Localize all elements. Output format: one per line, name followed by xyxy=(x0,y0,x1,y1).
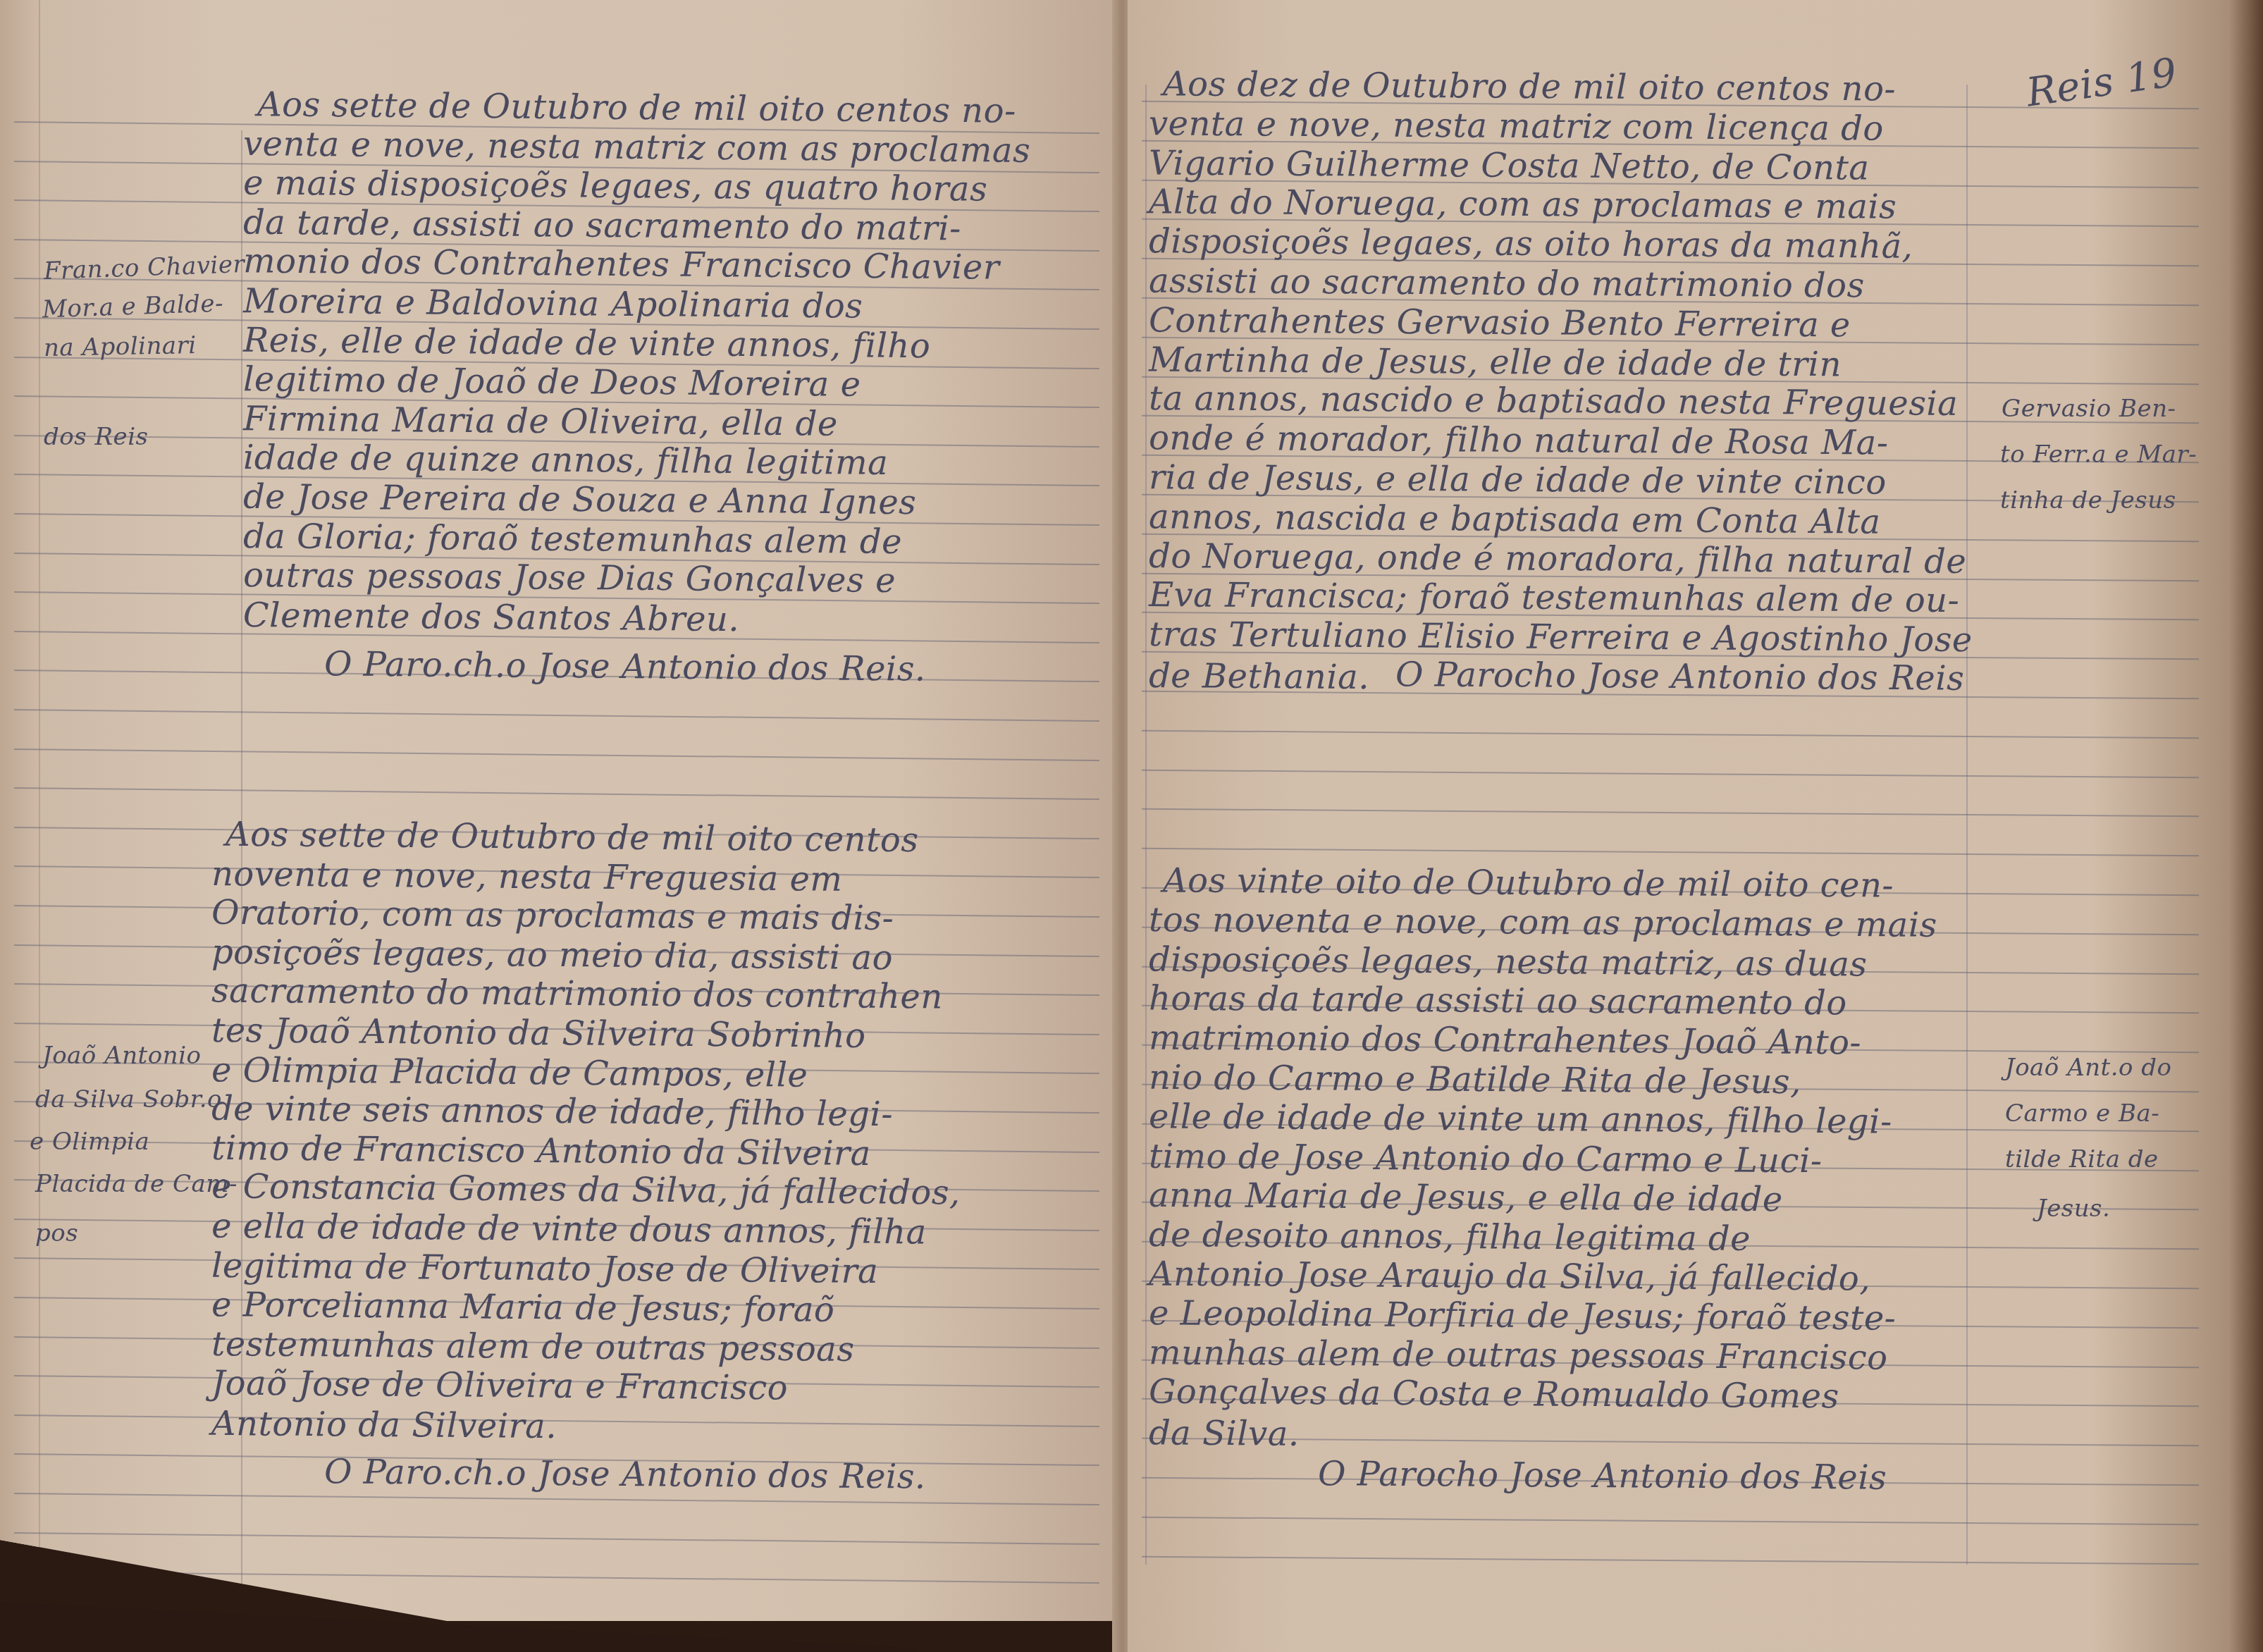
entry-line: timo de Francisco Antonio da Silveira xyxy=(211,1128,871,1173)
entry-line: ria de Jesus, e ella de idade de vinte c… xyxy=(1149,457,1887,502)
entry-line: annos, nascida e baptisada em Conta Alta xyxy=(1149,497,1881,541)
entry-line: noventa e nove, nesta Freguesia em xyxy=(211,854,843,899)
priest-signature: O Parocho Jose Antonio dos Reis xyxy=(1318,1454,1887,1498)
entry-line: Reis, elle de idade de vinte annos, filh… xyxy=(243,320,931,366)
margin-text: da Silva Sobr.o xyxy=(35,1085,222,1114)
entry-line: Vigario Guilherme Costa Netto, de Conta xyxy=(1149,143,1870,187)
entry-line: onde é morador, filho natural de Rosa Ma… xyxy=(1149,419,1889,463)
entry-line: assisti ao sacramento do matrimonio dos xyxy=(1149,261,1865,305)
entry-line: de Bethania. xyxy=(1149,656,1369,697)
previous-page-edge xyxy=(0,0,40,1621)
margin-text: tilde Rita de xyxy=(2005,1145,2159,1173)
entry-line: da Silva. xyxy=(1149,1413,1300,1453)
right-page: Reis 19 Gervasio Ben- to Ferr.a e Mar- t… xyxy=(1128,0,2263,1652)
entry-line: anna Maria de Jesus, e ella de idade xyxy=(1149,1176,1783,1219)
entry-line: matrimonio dos Contrahentes Joaõ Anto- xyxy=(1149,1018,1862,1063)
inner-margin-rule xyxy=(1145,85,1147,1565)
ruled-line xyxy=(1142,730,2199,739)
margin-text: e Olimpia xyxy=(30,1128,149,1156)
priest-signature: O Paro.ch.o Jose Antonio dos Reis. xyxy=(324,644,926,689)
entry-line: e mais disposiçoẽs legaes, as quatro hor… xyxy=(243,164,988,209)
ruled-line xyxy=(1142,769,2199,777)
margin-text: Joaõ Ant.o do xyxy=(2005,1054,2172,1082)
entry-line: monio dos Contrahentes Francisco Chavier xyxy=(243,242,1000,288)
entry-line: legitimo de Joaõ de Deos Moreira e xyxy=(243,359,861,405)
entry-line: Martinha de Jesus, elle de idade de trin xyxy=(1149,340,1842,384)
ruled-line xyxy=(14,787,1099,800)
entry-line: idade de quinze annos, filha legitima xyxy=(243,438,889,483)
entry-line: de Jose Pereira de Souza e Anna Ignes xyxy=(243,477,917,522)
entry-line: Aos sette de Outubro de mil oito centos xyxy=(226,815,919,861)
entry-line: Alta do Noruega, com as proclamas e mais xyxy=(1149,183,1897,227)
entry-line: Joaõ Jose de Oliveira e Francisco xyxy=(211,1364,789,1408)
entry-line: e ella de idade de vinte dous annos, fil… xyxy=(211,1207,927,1252)
entry-line: timo de Jose Antonio do Carmo e Luci- xyxy=(1149,1136,1823,1181)
entry-line: horas da tarde assisti ao sacramento do xyxy=(1149,979,1847,1023)
entry-line: ta annos, nascido e baptisado nesta Freg… xyxy=(1149,378,1959,424)
entry-line: Eva Francisca; foraõ testemunhas alem de… xyxy=(1149,575,1960,620)
ruled-line xyxy=(1142,1555,2199,1564)
entry-line: Aos vinte oito de Outubro de mil oito ce… xyxy=(1163,861,1894,905)
ruled-line xyxy=(14,748,1099,761)
entry-line: e Leopoldina Porfiria de Jesus; foraõ te… xyxy=(1149,1293,1897,1338)
ruled-line xyxy=(1142,848,2199,856)
entry-line: posiçoẽs legaes, ao meio dia, assisti ao xyxy=(211,932,893,978)
margin-text: Gervasio Ben- xyxy=(2002,395,2176,423)
entry-line: nio do Carmo e Batilde Rita de Jesus, xyxy=(1149,1058,1801,1102)
entry-line: Contrahentes Gervasio Bento Ferreira e xyxy=(1149,300,1851,345)
entry-line: Gonçalves da Costa e Romualdo Gomes xyxy=(1149,1372,1839,1417)
entry-line: tras Tertuliano Elisio Ferreira e Agosti… xyxy=(1149,615,1973,660)
ruled-line xyxy=(14,709,1099,722)
margin-text: pos xyxy=(35,1219,78,1247)
margin-text: na Apolinari xyxy=(44,331,197,362)
left-page: Fran.co Chavier Mor.a e Balde- na Apolin… xyxy=(0,0,1117,1621)
entry-line: Moreira e Baldovina Apolinaria dos xyxy=(243,281,863,326)
ruled-line xyxy=(1142,808,2199,817)
margin-rule xyxy=(1966,85,1968,1565)
ruled-line xyxy=(1142,1438,2199,1446)
priest-signature: O Paro.ch.o Jose Antonio dos Reis. xyxy=(324,1452,926,1496)
entry-line: venta e nove, nesta matriz com licença d… xyxy=(1149,104,1884,148)
margin-text: Placida de Cam- xyxy=(35,1170,238,1198)
entry-line: do Noruega, onde é moradora, filha natur… xyxy=(1149,536,1967,581)
entry-line: Aos dez de Outubro de mil oito centos no… xyxy=(1163,64,1897,109)
entry-line: outras pessoas Jose Dias Gonçalves e xyxy=(243,555,896,600)
entry-line: disposiçoẽs legaes, nesta matriz, as dua… xyxy=(1149,939,1868,984)
entry-line: Firmina Maria de Oliveira, ella de xyxy=(243,399,838,443)
entry-line: tos noventa e nove, com as proclamas e m… xyxy=(1149,900,1937,945)
entry-line: e Olimpia Placida de Campos, elle xyxy=(211,1050,808,1095)
ruled-line xyxy=(14,1571,1099,1584)
entry-line: Antonio da Silveira. xyxy=(211,1404,557,1446)
margin-text: to Ferr.a e Mar- xyxy=(2000,440,2197,469)
margin-text: tinha de Jesus xyxy=(2000,486,2176,514)
entry-line: tes Joaõ Antonio da Silveira Sobrinho xyxy=(211,1011,866,1056)
entry-line: de desoito annos, filha legitima de xyxy=(1149,1215,1751,1259)
register-book: Fran.co Chavier Mor.a e Balde- na Apolin… xyxy=(0,0,2263,1652)
entry-line: Antonio Jose Araujo da Silva, já falleci… xyxy=(1149,1254,1870,1298)
entry-line: venta e nove, nesta matriz com as procla… xyxy=(243,124,1031,171)
entry-line: de vinte seis annos de idade, filho legi… xyxy=(211,1089,894,1134)
entry-line: da Gloria; foraõ testemunhas alem de xyxy=(243,517,902,562)
entry-line: e Porcelianna Maria de Jesus; foraõ xyxy=(211,1285,835,1330)
ruled-line xyxy=(14,1493,1099,1505)
entry-line: Oratorio, com as proclamas e mais dis- xyxy=(211,893,894,938)
entry-line: e Constancia Gomes da Silva, já fallecid… xyxy=(211,1167,961,1213)
entry-line: Clemente dos Santos Abreu. xyxy=(243,596,740,639)
margin-text: Jesus. xyxy=(2037,1195,2110,1223)
folio-number: Reis 19 xyxy=(2024,49,2180,116)
margin-text: dos Reis xyxy=(44,423,149,451)
priest-signature: O Parocho Jose Antonio dos Reis xyxy=(1395,655,1965,698)
ruled-line xyxy=(1142,1517,2199,1525)
entry-line: da tarde, assisti ao sacramento do matri… xyxy=(243,202,961,248)
entry-line: munhas alem de outras pessoas Francisco xyxy=(1149,1333,1888,1377)
margin-text: Carmo e Ba- xyxy=(2005,1099,2159,1128)
entry-line: legitima de Fortunato Jose de Oliveira xyxy=(211,1245,879,1290)
margin-text: Joaõ Antonio xyxy=(42,1042,201,1070)
ruled-line xyxy=(14,1532,1099,1545)
entry-line: Aos sette de Outubro de mil oito centos … xyxy=(257,85,1016,130)
entry-line: testemunhas alem de outras pessoas xyxy=(211,1324,855,1369)
entry-line: sacramento do matrimonio dos contrahen xyxy=(211,971,943,1017)
entry-line: elle de idade de vinte um annos, filho l… xyxy=(1149,1097,1892,1141)
entry-line: disposiçoẽs legaes, as oito horas da man… xyxy=(1149,221,1913,266)
